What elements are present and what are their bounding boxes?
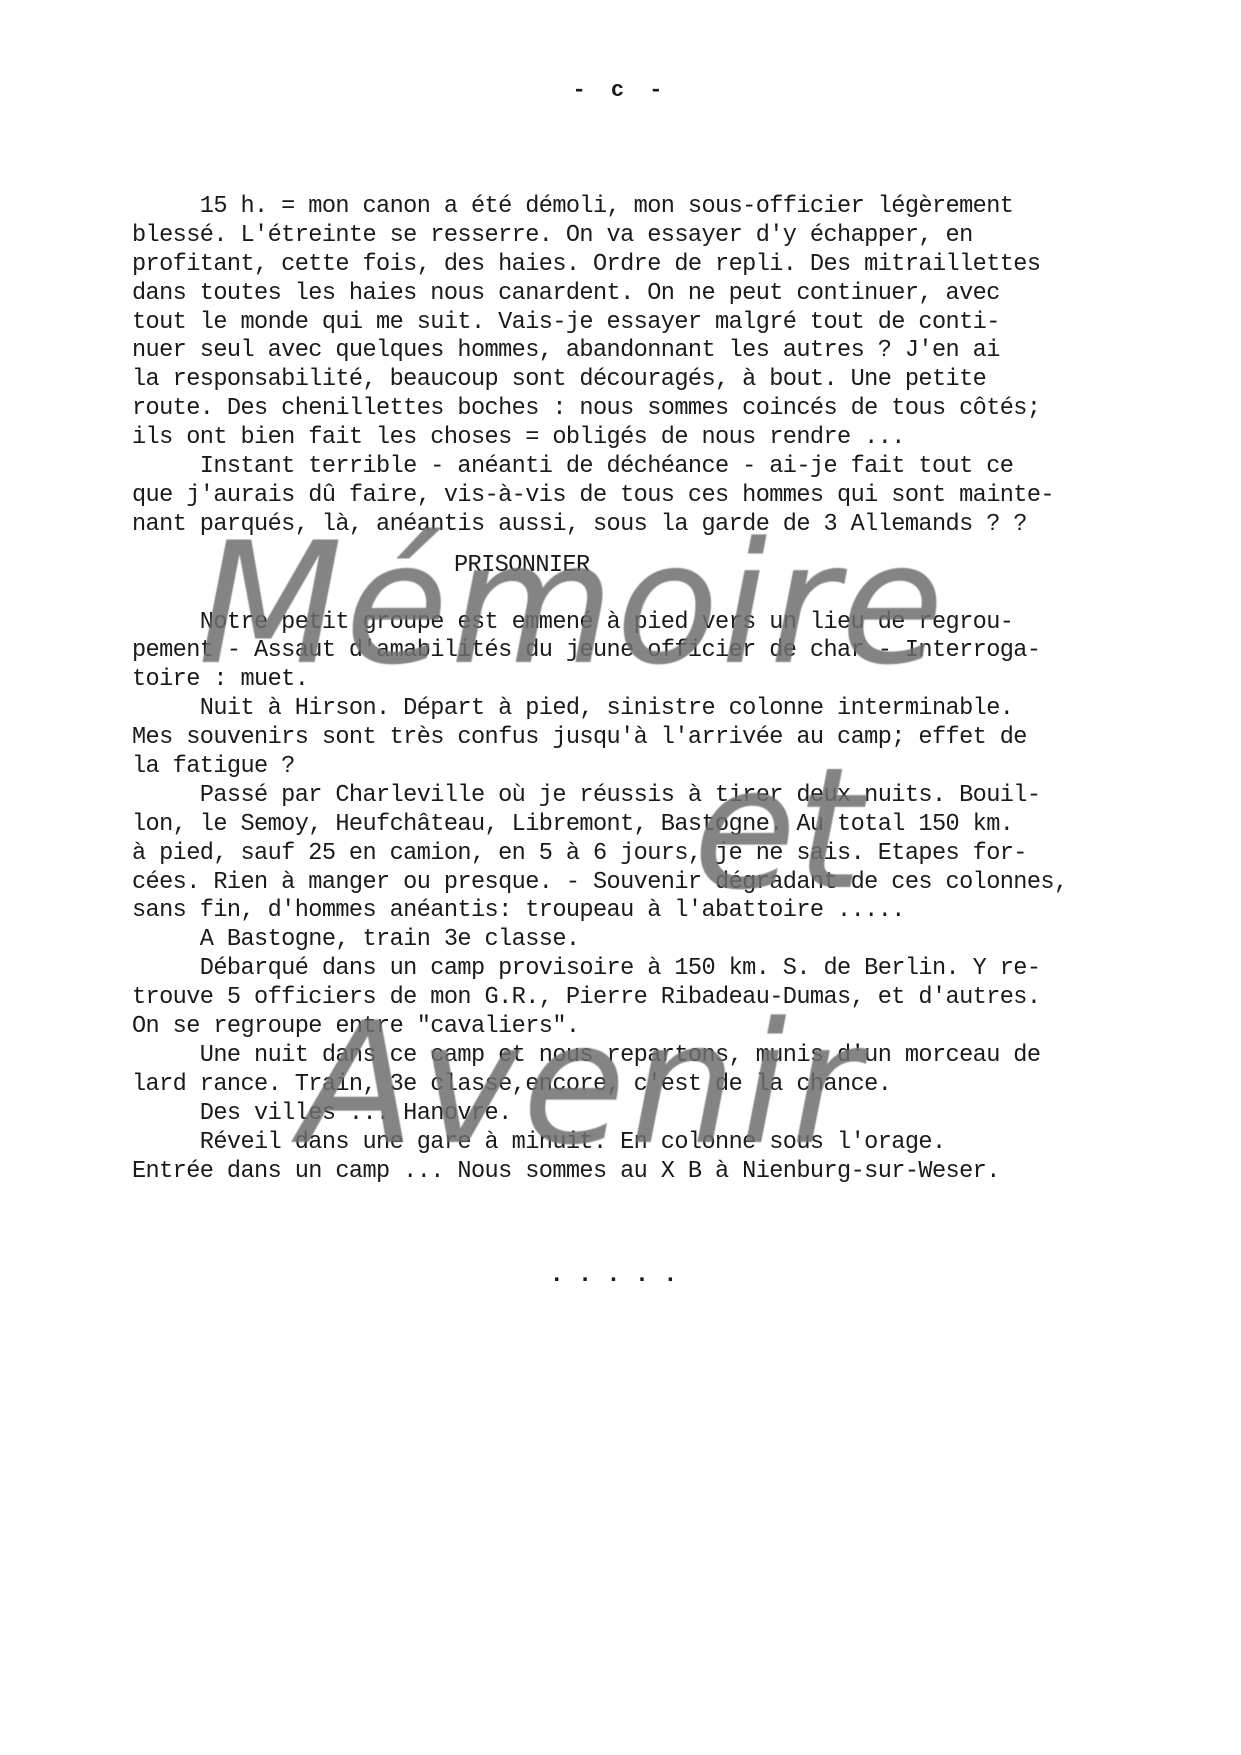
text-line: Une nuit dans ce camp et nous repartons,… [132,1042,1132,1071]
text-line: tout le monde qui me suit. Vais-je essay… [132,309,1132,338]
narrative-before-heading: 15 h. = mon canon a été démoli, mon sous… [132,193,1132,540]
text-line: que j'aurais dû faire, vis-à-vis de tous… [132,482,1132,511]
text-line: ils ont bien fait les choses = obligés d… [132,424,1132,453]
text-line: A Bastogne, train 3e classe. [132,926,1132,955]
text-line: Mes souvenirs sont très confus jusqu'à l… [132,724,1132,753]
text-line: Passé par Charleville où je réussis à ti… [132,782,1132,811]
text-line: profitant, cette fois, des haies. Ordre … [132,251,1132,280]
end-marker: ..... [0,1262,1241,1289]
text-line: lard rance. Train, 3e classe,encore, c'e… [132,1071,1132,1100]
text-line: nuer seul avec quelques hommes, abandonn… [132,337,1132,366]
text-line: Notre petit groupe est emmené à pied ver… [132,609,1132,638]
text-line: Nuit à Hirson. Départ à pied, sinistre c… [132,695,1132,724]
text-line: cées. Rien à manger ou presque. - Souven… [132,869,1132,898]
text-line: sans fin, d'hommes anéantis: troupeau à … [132,897,1132,926]
text-line: nant parqués, là, anéantis aussi, sous l… [132,511,1132,540]
text-line: Des villes ... Hanovre. [132,1100,1132,1129]
text-line: 15 h. = mon canon a été démoli, mon sous… [132,193,1132,222]
text-line: pement - Assaut d'amabilités du jeune of… [132,637,1132,666]
text-line: Instant terrible - anéanti de déchéance … [132,453,1132,482]
text-line: On se regroupe entre "cavaliers". [132,1013,1132,1042]
text-line: lon, le Semoy, Heufchâteau, Libremont, B… [132,811,1132,840]
text-line: dans toutes les haies nous canardent. On… [132,280,1132,309]
text-line: route. Des chenillettes boches : nous so… [132,395,1132,424]
text-line: Entrée dans un camp ... Nous sommes au X… [132,1158,1132,1187]
text-line: à pied, sauf 25 en camion, en 5 à 6 jour… [132,840,1132,869]
text-line: la responsabilité, beaucoup sont découra… [132,366,1132,395]
narrative-after-heading: Notre petit groupe est emmené à pied ver… [132,609,1132,1187]
text-line: trouve 5 officiers de mon G.R., Pierre R… [132,984,1132,1013]
text-line: Réveil dans une gare à minuit. En colonn… [132,1129,1132,1158]
text-line: la fatigue ? [132,753,1132,782]
document-body: 15 h. = mon canon a été démoli, mon sous… [132,193,1132,1186]
text-line: blessé. L'étreinte se resserre. On va es… [132,222,1132,251]
text-line: Débarqué dans un camp provisoire à 150 k… [132,955,1132,984]
text-line: toire : muet. [132,666,1132,695]
section-heading: PRISONNIER [132,552,1132,581]
page-number: - c - [0,78,1241,103]
